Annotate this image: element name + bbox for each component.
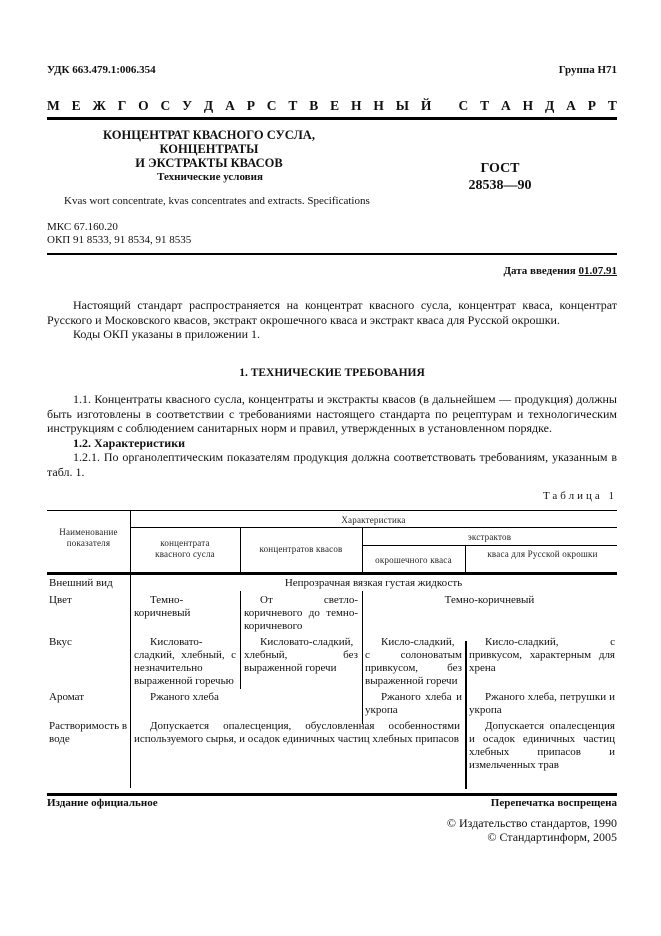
row-taste-name: Вкус — [49, 636, 129, 649]
footer-rule — [47, 793, 617, 796]
copyright-block: © Издательство стандартов, 1990 © Станда… — [447, 816, 617, 844]
clause-1-2-heading: 1.2. Характеристики — [47, 436, 617, 451]
header-name: Наименование показателя — [47, 527, 130, 549]
heading-letter: Т — [608, 98, 617, 114]
row-appearance-name: Внешний вид — [49, 577, 129, 590]
middle-rule — [47, 253, 617, 255]
date-value: 01.07.91 — [579, 265, 618, 277]
heading-letter: А — [501, 98, 511, 114]
gost-designation: ГОСТ 28538—90 — [460, 160, 540, 194]
mks-code: МКС 67.160.20 — [47, 221, 191, 234]
heading-letter: Н — [523, 98, 534, 114]
row-taste-russian-text: Кисло-сладкий, с привкусом, характерным … — [469, 636, 615, 675]
header-col-okroshka: окрошечного кваса — [362, 555, 465, 566]
row-taste-russian: Кисло-сладкий, с привкусом, характерным … — [469, 636, 615, 675]
heading-letter: С — [459, 98, 469, 114]
heading-letter: У — [182, 98, 192, 114]
heading-letter: С — [267, 98, 277, 114]
interstate-standard-heading: МЕЖГОСУДАРСТВЕННЫЙ СТАНДАРТ — [47, 98, 617, 114]
row-color-kvas-text: От светло-коричневого до темно-коричнево… — [244, 594, 358, 633]
heading-letter: С — [161, 98, 171, 114]
heading-letter: Н — [351, 98, 362, 114]
classification-codes: МКС 67.160.20 ОКП 91 8533, 91 8534, 91 8… — [47, 221, 191, 247]
section-title: 1. ТЕХНИЧЕСКИЕ ТРЕБОВАНИЯ — [47, 367, 617, 379]
heading-letter: Г — [118, 98, 127, 114]
header-col-russian: кваса для Русской окрошки — [475, 549, 610, 560]
heading-letter: А — [225, 98, 235, 114]
body-vline-3 — [362, 591, 363, 724]
header-rule-2 — [362, 545, 617, 546]
heading-letter: Р — [588, 98, 596, 114]
udk-code: УДК 663.479.1:006.354 — [47, 64, 156, 76]
group-code: Группа Н71 — [559, 64, 617, 76]
title-line-1: КОНЦЕНТРАТ КВАСНОГО СУСЛА, КОНЦЕНТРАТЫ — [64, 128, 354, 156]
date-label: Дата введения — [503, 265, 575, 277]
heading-letter: Н — [373, 98, 384, 114]
row-aroma-russian-text: Ржаного хлеба, петрушки и укропа — [469, 691, 615, 717]
document-subtitle: Технические условия — [120, 171, 300, 183]
row-taste-wort: Кисловато-сладкий, хлебный, с незначител… — [134, 636, 236, 688]
heading-letter: М — [47, 98, 60, 114]
row-color-wort-text: Темно-коричневый — [134, 594, 236, 620]
row-aroma-name: Аромат — [49, 691, 129, 704]
heading-letter: Ы — [396, 98, 409, 114]
header-characteristic: Характеристика — [130, 515, 617, 526]
heading-letter: Д — [204, 98, 213, 114]
row-color-name: Цвет — [49, 594, 129, 607]
heading-letter: Т — [288, 98, 297, 114]
body-vline-2 — [240, 591, 241, 689]
heading-letter — [443, 98, 446, 114]
document-title: КОНЦЕНТРАТ КВАСНОГО СУСЛА, КОНЦЕНТРАТЫ И… — [64, 128, 354, 170]
clause-1-1: 1.1. Концентраты квасного сусла, концент… — [47, 392, 617, 436]
english-title: Kvas wort concentrate, kvas concentrates… — [64, 195, 370, 207]
heading-letter: Й — [421, 98, 432, 114]
title-line-2: И ЭКСТРАКТЫ КВАСОВ — [64, 156, 354, 170]
row-solubility-merged: Допускается опалесценция, обусловленная … — [134, 720, 460, 746]
header-extracts: экстрактов — [362, 532, 617, 543]
header-col-wort: концентрата квасного сусла — [145, 538, 225, 560]
okp-code: ОКП 91 8533, 91 8534, 91 8535 — [47, 234, 191, 247]
row-taste-kvas: Кисловато-сладкий, хлебный, без выраженн… — [244, 636, 358, 675]
heading-letter: Т — [480, 98, 489, 114]
body-vline-4 — [465, 641, 467, 789]
row-color-kvas: От светло-коричневого до темно-коричнево… — [244, 594, 358, 633]
row-color-extracts: Темно-коричневый — [362, 594, 617, 607]
copyright-2005: © Стандартинформ, 2005 — [447, 830, 617, 844]
intro-text: Настоящий стандарт распространяется на к… — [47, 298, 617, 327]
clause-1-2-1: 1.2.1. По органолептическим показателям … — [47, 450, 617, 479]
row-taste-kvas-text: Кисловато-сладкий, хлебный, без выраженн… — [244, 636, 358, 675]
row-aroma-okroshka: Ржаного хлеба и укропа — [365, 691, 462, 717]
header-bottom-rule — [47, 572, 617, 575]
intro-paragraph: Настоящий стандарт распространяется на к… — [47, 298, 617, 342]
table-label: Таблица 1 — [543, 490, 617, 502]
row-solubility-name: Растворимость в воде — [49, 720, 129, 746]
row-taste-okroshka-text: Кисло-сладкий, с солоноватым привкусом, … — [365, 636, 462, 688]
header-col-kvas: концентратов квасов — [240, 544, 362, 555]
heading-letter: О — [138, 98, 149, 114]
heading-letter: Ж — [92, 98, 105, 114]
okp-note: Коды ОКП указаны в приложении 1. — [47, 327, 617, 342]
introduction-date: Дата введения 01.07.91 — [503, 265, 617, 277]
table-top-rule — [47, 510, 617, 511]
heading-letter: Р — [247, 98, 255, 114]
heading-letter: Д — [545, 98, 554, 114]
row-aroma-okroshka-text: Ржаного хлеба и укропа — [365, 691, 462, 717]
heading-letter: А — [566, 98, 576, 114]
gost-label: ГОСТ — [460, 160, 540, 177]
row-aroma-wort-kvas-text: Ржаного хлеба — [134, 691, 358, 704]
official-edition: Издание официальное — [47, 797, 158, 809]
heading-letter: Е — [72, 98, 81, 114]
gost-number: 28538—90 — [460, 177, 540, 194]
row-aroma-russian: Ржаного хлеба, петрушки и укропа — [469, 691, 615, 717]
top-rule — [47, 117, 617, 120]
row-taste-okroshka: Кисло-сладкий, с солоноватым привкусом, … — [365, 636, 462, 688]
row-solubility-russian: Допускается опалесценция и осадок единич… — [469, 720, 615, 772]
row-solubility-russian-text: Допускается опалесценция и осадок единич… — [469, 720, 615, 772]
row-solubility-merged-text: Допускается опалесценция, обусловленная … — [134, 720, 460, 746]
reprint-prohibited: Перепечатка воспрещена — [491, 797, 617, 809]
header-vline-4 — [465, 545, 466, 572]
requirements-paragraph: 1.1. Концентраты квасного сусла, концент… — [47, 392, 617, 479]
heading-letter: Е — [330, 98, 339, 114]
row-color-wort: Темно-коричневый — [134, 594, 236, 620]
header-rule-1 — [130, 527, 617, 528]
row-aroma-wort-kvas: Ржаного хлеба — [134, 691, 358, 704]
heading-letter: В — [309, 98, 318, 114]
body-vline-name — [130, 575, 131, 788]
row-appearance-value: Непрозрачная вязкая густая жидкость — [130, 577, 617, 590]
row-taste-wort-text: Кисловато-сладкий, хлебный, с незначител… — [134, 636, 236, 688]
copyright-1990: © Издательство стандартов, 1990 — [447, 816, 617, 830]
